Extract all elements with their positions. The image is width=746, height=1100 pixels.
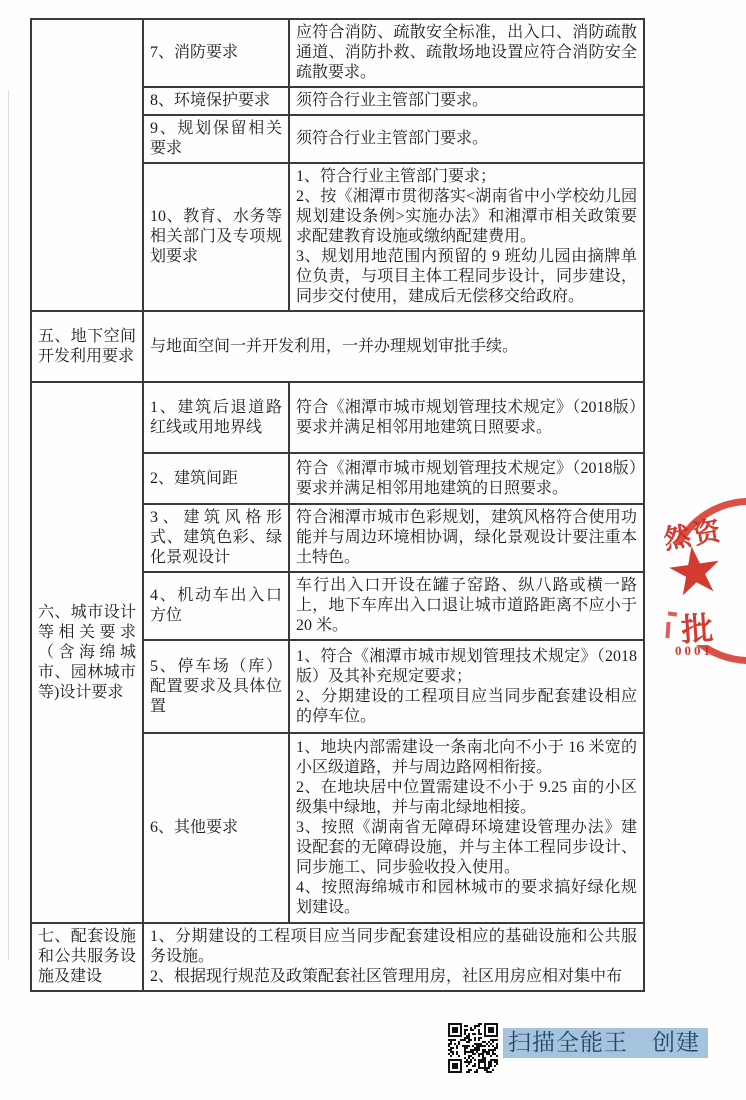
content-cell-supporting-facilities: 1、分期建设的工程项目应当同步配套建设相应的基础设施和公共服务设施。 2、根据现… (143, 923, 644, 991)
section-label-cell-urban-design: 六、城市设计等相关要求（含海绵城市、园林城市等)设计要求 (31, 382, 143, 923)
item-cell-fire: 7、消防要求 (143, 19, 289, 87)
content-cell-style-color: 符合湘潭市城市色彩规划，建筑风格符合使用功能并与周边环境相协调，绿化景观设计要注… (289, 504, 644, 572)
seal-char-fragment (665, 622, 670, 638)
scanner-watermark-label: 扫描全能王 创建 (503, 1028, 708, 1058)
section-label-cell-empty (31, 19, 143, 311)
content-cell-underground: 与地面空间一并开发利用，一并办理规划审批手续。 (143, 311, 644, 382)
item-cell-education-water: 10、教育、水务等相关部门及专项规划要求 (143, 163, 289, 311)
planning-conditions-table: 7、消防要求 应符合消防、疏散安全标准，出入口、消防疏散通道、消防扑救、疏散场地… (30, 18, 645, 992)
table-row: 七、配套设施和公共服务设施及建设 1、分期建设的工程项目应当同步配套建设相应的基… (31, 923, 644, 991)
seal-arc-text: 然资 (660, 508, 726, 557)
seal-bottom-arc (660, 645, 746, 685)
item-cell-other-requirements: 6、其他要求 (143, 733, 289, 923)
section-label-cell-underground: 五、地下空间开发利用要求 (31, 311, 143, 382)
table-row: 六、城市设计等相关要求（含海绵城市、园林城市等)设计要求 1、建筑后退道路红线或… (31, 382, 644, 453)
qr-code (448, 1023, 498, 1073)
section-label-cell-supporting-facilities: 七、配套设施和公共服务设施及建设 (31, 923, 143, 991)
item-cell-building-spacing: 2、建筑间距 (143, 453, 289, 504)
seal-top-arc (660, 497, 746, 545)
content-cell-setback: 符合《湘潭市城市规划管理技术规定》（2018版）要求并满足相邻用地建筑日照要求。 (289, 382, 644, 453)
content-cell-environment: 须符合行业主管部门要求。 (289, 87, 644, 115)
item-cell-vehicle-entrance: 4、机动车出入口方位 (143, 572, 289, 640)
item-cell-style-color: 3、建筑风格形式、建筑色彩、绿化景观设计 (143, 504, 289, 572)
content-cell-other-requirements: 1、地块内部需建设一条南北向不小于 16 米宽的小区级道路，并与周边路网相衔接。… (289, 733, 644, 923)
item-cell-environment: 8、环境保护要求 (143, 87, 289, 115)
content-cell-fire: 应符合消防、疏散安全标准，出入口、消防疏散通道、消防扑救、疏散场地设置应符合消防… (289, 19, 644, 87)
seal-star-icon: ★ (665, 534, 726, 609)
content-cell-vehicle-entrance: 车行出入口开设在罐子窑路、纵八路或横一路上，地下车库出入口退让城市道路距离不应小… (289, 572, 644, 640)
table-row: 7、消防要求 应符合消防、疏散安全标准，出入口、消防疏散通道、消防扑救、疏散场地… (31, 19, 644, 87)
content-cell-parking: 1、符合《湘潭市城市规划管理技术规定》（2018版）及其补充规定要求； 2、分期… (289, 640, 644, 733)
item-cell-planning-reserve: 9、规划保留相关要求 (143, 115, 289, 163)
seal-serial-number: 0001 (675, 643, 713, 659)
seal-middle-char: 批 (679, 603, 714, 651)
item-cell-parking: 5、停车场（库）配置要求及具体位置 (143, 640, 289, 733)
page-edge-shadow (8, 90, 9, 960)
scanned-document-page: 7、消防要求 应符合消防、疏散安全标准，出入口、消防疏散通道、消防扑救、疏散场地… (0, 0, 746, 1100)
table-row: 五、地下空间开发利用要求 与地面空间一并开发利用，一并办理规划审批手续。 (31, 311, 644, 382)
seal-char-fragment (668, 611, 677, 616)
content-cell-planning-reserve: 须符合行业主管部门要求。 (289, 115, 644, 163)
item-cell-setback: 1、建筑后退道路红线或用地界线 (143, 382, 289, 453)
content-cell-building-spacing: 符合《湘潭市城市规划管理技术规定》（2018版）要求并满足相邻用地建筑的日照要求… (289, 453, 644, 504)
content-cell-education-water: 1、符合行业主管部门要求； 2、按《湘潭市贯彻落实<湖南省中小学校幼儿园规划建设… (289, 163, 644, 311)
